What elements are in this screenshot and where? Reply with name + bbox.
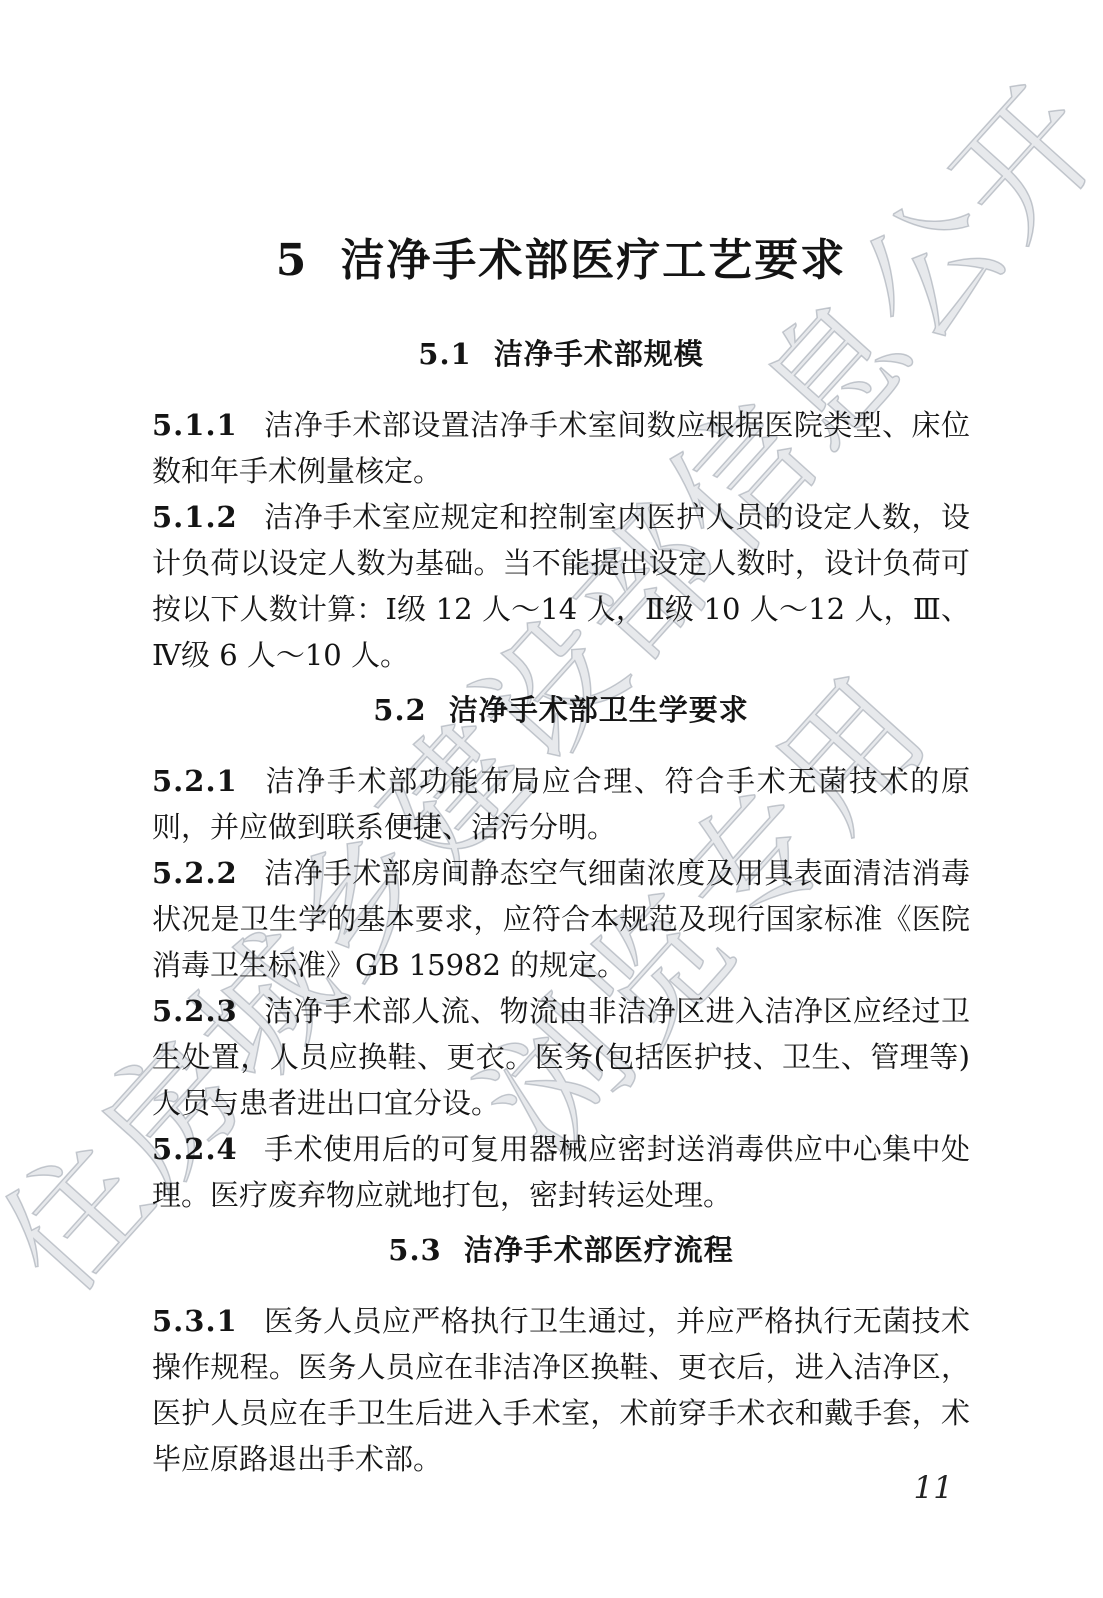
- clause-text: 洁净手术室应规定和控制室内医护人员的设定人数，设计负荷以设定人数为基础。当不能提…: [152, 500, 970, 672]
- clause-5-1-2: 5.1.2洁净手术室应规定和控制室内医护人员的设定人数，设计负荷以设定人数为基础…: [152, 494, 970, 678]
- section-number: 5.2: [373, 693, 426, 727]
- section-heading-5-2: 5.2洁净手术部卫生学要求: [152, 692, 970, 728]
- section-title-text: 洁净手术部卫生学要求: [449, 693, 749, 727]
- clause-number: 5.1.2: [152, 500, 238, 534]
- clause-5-2-2: 5.2.2洁净手术部房间静态空气细菌浓度及用具表面清洁消毒状况是卫生学的基本要求…: [152, 850, 970, 988]
- clause-number: 5.1.1: [152, 408, 238, 442]
- clause-number: 5.2.1: [152, 764, 238, 798]
- clause-text: 洁净手术部人流、物流由非洁净区进入洁净区应经过卫生处置，人员应换鞋、更衣。医务(…: [152, 994, 970, 1120]
- clause-text: 手术使用后的可复用器械应密封送消毒供应中心集中处理。医疗废弃物应就地打包，密封转…: [152, 1132, 970, 1212]
- clause-5-1-1: 5.1.1洁净手术部设置洁净手术室间数应根据医院类型、床位数和年手术例量核定。: [152, 402, 970, 494]
- section-heading-5-3: 5.3洁净手术部医疗流程: [152, 1232, 970, 1268]
- chapter-title: 5洁净手术部医疗工艺要求: [152, 232, 970, 290]
- section-heading-5-1: 5.1洁净手术部规模: [152, 336, 970, 372]
- chapter-title-text: 洁净手术部医疗工艺要求: [340, 235, 846, 286]
- clause-5-3-1: 5.3.1医务人员应严格执行卫生通过，并应严格执行无菌技术操作规程。医务人员应在…: [152, 1298, 970, 1482]
- clause-number: 5.2.2: [152, 856, 238, 890]
- clause-5-2-4: 5.2.4手术使用后的可复用器械应密封送消毒供应中心集中处理。医疗废弃物应就地打…: [152, 1126, 970, 1218]
- page-content: 5洁净手术部医疗工艺要求 5.1洁净手术部规模 5.1.1洁净手术部设置洁净手术…: [0, 0, 970, 1482]
- document-page: 住房城乡建设部信息公开 浏览专用 5洁净手术部医疗工艺要求 5.1洁净手术部规模…: [0, 0, 1103, 1598]
- clause-number: 5.3.1: [152, 1304, 238, 1338]
- page-number: 11: [914, 1470, 953, 1506]
- clause-5-2-1: 5.2.1洁净手术部功能布局应合理、符合手术无菌技术的原则，并应做到联系便捷、洁…: [152, 758, 970, 850]
- clause-number: 5.2.4: [152, 1132, 238, 1166]
- clause-text: 洁净手术部房间静态空气细菌浓度及用具表面清洁消毒状况是卫生学的基本要求，应符合本…: [152, 856, 970, 982]
- clause-text: 洁净手术部功能布局应合理、符合手术无菌技术的原则，并应做到联系便捷、洁污分明。: [152, 764, 970, 844]
- clause-5-2-3: 5.2.3洁净手术部人流、物流由非洁净区进入洁净区应经过卫生处置，人员应换鞋、更…: [152, 988, 970, 1126]
- clause-text: 洁净手术部设置洁净手术室间数应根据医院类型、床位数和年手术例量核定。: [152, 408, 970, 488]
- clause-text: 医务人员应严格执行卫生通过，并应严格执行无菌技术操作规程。医务人员应在非洁净区换…: [152, 1304, 970, 1476]
- clause-number: 5.2.3: [152, 994, 238, 1028]
- chapter-number: 5: [276, 235, 307, 286]
- section-number: 5.1: [418, 337, 471, 371]
- section-number: 5.3: [388, 1233, 441, 1267]
- section-title-text: 洁净手术部规模: [494, 337, 704, 371]
- section-title-text: 洁净手术部医疗流程: [464, 1233, 734, 1267]
